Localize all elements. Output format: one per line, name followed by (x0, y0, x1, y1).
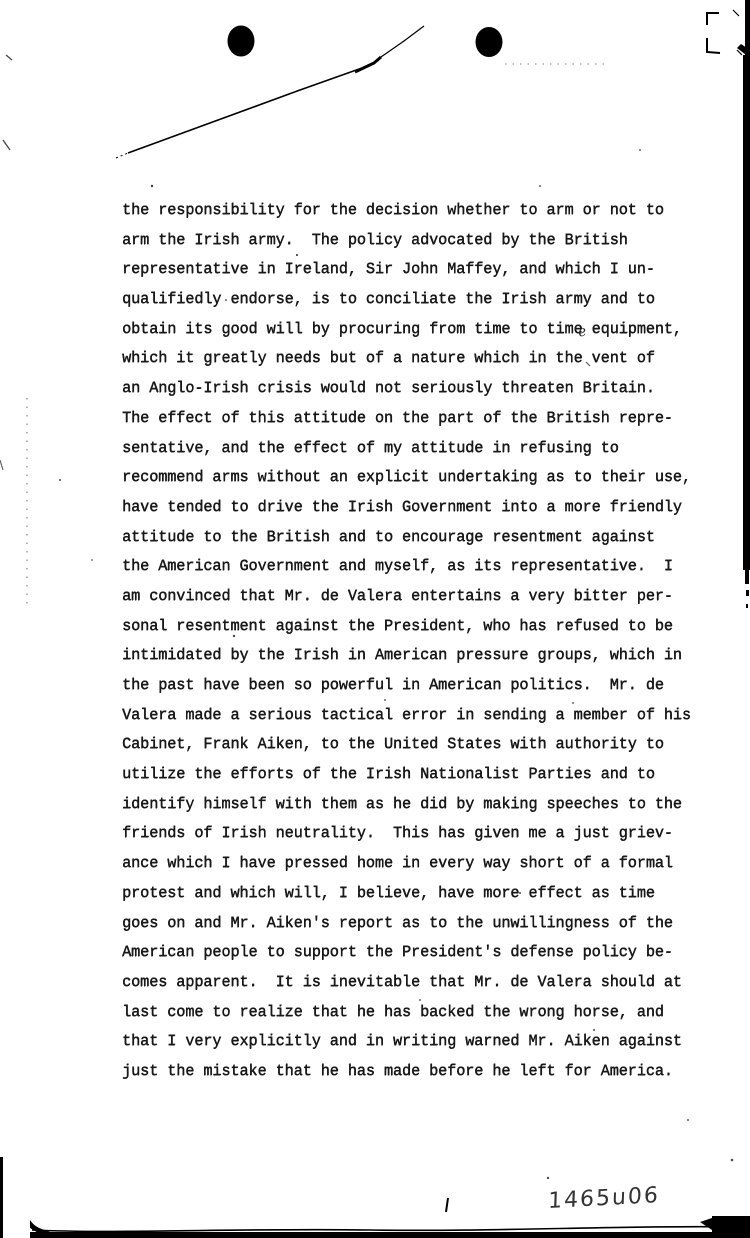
text-line: last come to realize that he has backed … (122, 998, 691, 1028)
punch-hole-right-icon (476, 27, 503, 57)
text-line: qualifiedly endorse, is to conciliate th… (122, 285, 691, 315)
text-line: comes apparent. It is inevitable that Mr… (122, 968, 691, 998)
text-line: which it greatly needs but of a nature w… (122, 344, 691, 374)
text-line: sentative, and the effect of my attitude… (122, 434, 691, 464)
text-line: goes on and Mr. Aiken's report as to the… (122, 909, 691, 939)
text-line: protest and which will, I believe, have … (122, 879, 691, 909)
handwritten-reference-number: 1465u06 (548, 1183, 661, 1214)
scanned-document-page: the responsibility for the decision whet… (0, 0, 750, 1238)
text-line: identify himself with them as he did by … (122, 790, 691, 820)
punch-hole-left-icon (228, 26, 255, 57)
right-edge-scan-bar (737, 0, 750, 608)
text-line: have tended to drive the Irish Governmen… (122, 493, 691, 523)
text-line: that I very explicitly and in writing wa… (122, 1027, 691, 1057)
typewritten-text-block: the responsibility for the decision whet… (122, 196, 691, 1087)
text-line: just the mistake that he has made before… (122, 1057, 691, 1087)
corner-bracket-mark (707, 10, 742, 55)
text-line: The effect of this attitude on the part … (122, 404, 691, 434)
text-line: representative in Ireland, Sir John Maff… (122, 255, 691, 285)
text-line: an Anglo-Irish crisis would not seriousl… (122, 374, 691, 404)
text-line: utilize the efforts of the Irish Nationa… (122, 760, 691, 790)
text-line: recommend arms without an explicit under… (122, 463, 691, 493)
text-line: the American Government and myself, as i… (122, 552, 691, 582)
text-line: ance which I have pressed home in every … (122, 849, 691, 879)
text-line: the past have been so powerful in Americ… (122, 671, 691, 701)
scratch-line (116, 26, 424, 158)
text-line: Cabinet, Frank Aiken, to the United Stat… (122, 730, 691, 760)
text-line: friends of Irish neutrality. This has gi… (122, 819, 691, 849)
text-line: attitude to the British and to encourage… (122, 523, 691, 553)
text-line: American people to support the President… (122, 938, 691, 968)
text-line: the responsibility for the decision whet… (122, 196, 691, 226)
text-line: sonal resentment against the President, … (122, 612, 691, 642)
text-line: am convinced that Mr. de Valera entertai… (122, 582, 691, 612)
left-edge-scan-marks (0, 55, 27, 608)
text-line: Valera made a serious tactical error in … (122, 701, 691, 731)
text-line: arm the Irish army. The policy advocated… (122, 226, 691, 256)
text-line: intimidated by the Irish in American pre… (122, 641, 691, 671)
text-line: obtain its good will by procuring from t… (122, 315, 691, 345)
